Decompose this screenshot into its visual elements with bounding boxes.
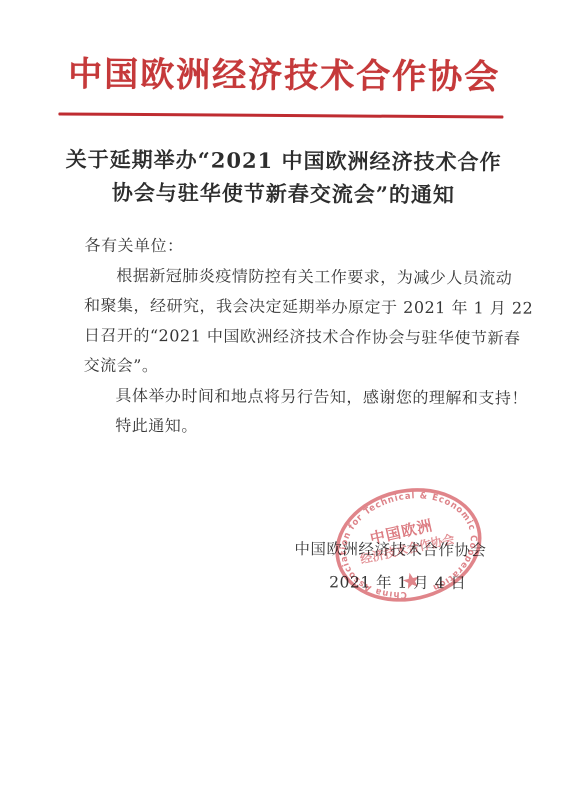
body-line: 和聚集，经研究，我会决定延期举办原定于 2021 年 1 月 22: [84, 291, 504, 324]
body-line: 交流会”。: [84, 351, 504, 384]
scanned-notice-page: 中国欧洲经济技术合作协会 关于延期举办“2021 中国欧洲经济技术合作 协会与驻…: [0, 0, 565, 800]
document-title-line1: 关于延期举办“2021 中国欧洲经济技术合作: [46, 142, 521, 178]
letterhead-org-name: 中国欧洲经济技术合作协会: [2, 46, 565, 99]
body-line: 具体举办时间和地点将另行告知，感谢您的理解和支持！: [83, 381, 503, 414]
letterhead-rule: [58, 112, 503, 118]
body-line-closing: 特此通知。: [83, 411, 503, 444]
body-line: 日召开的“2021 中国欧洲经济技术合作协会与驻华使节新春: [84, 321, 504, 354]
notice-body: 各有关单位： 根据新冠肺炎疫情防控有关工作要求，为减少人员流动 和聚集，经研究，…: [83, 231, 504, 444]
body-line: 根据新冠肺炎疫情防控有关工作要求，为减少人员流动: [84, 261, 504, 294]
signature-org: 中国欧洲经济技术合作协会: [294, 537, 486, 560]
document-title-line2: 协会与驻华使节新春交流会”的通知: [46, 175, 521, 211]
signature-date: 2021 年 1 月 4 日: [329, 570, 466, 593]
body-line-salutation: 各有关单位：: [84, 231, 504, 264]
document-title: 关于延期举办“2021 中国欧洲经济技术合作 协会与驻华使节新春交流会”的通知: [46, 142, 521, 211]
scan-content: 中国欧洲经济技术合作协会 关于延期举办“2021 中国欧洲经济技术合作 协会与驻…: [0, 0, 565, 800]
